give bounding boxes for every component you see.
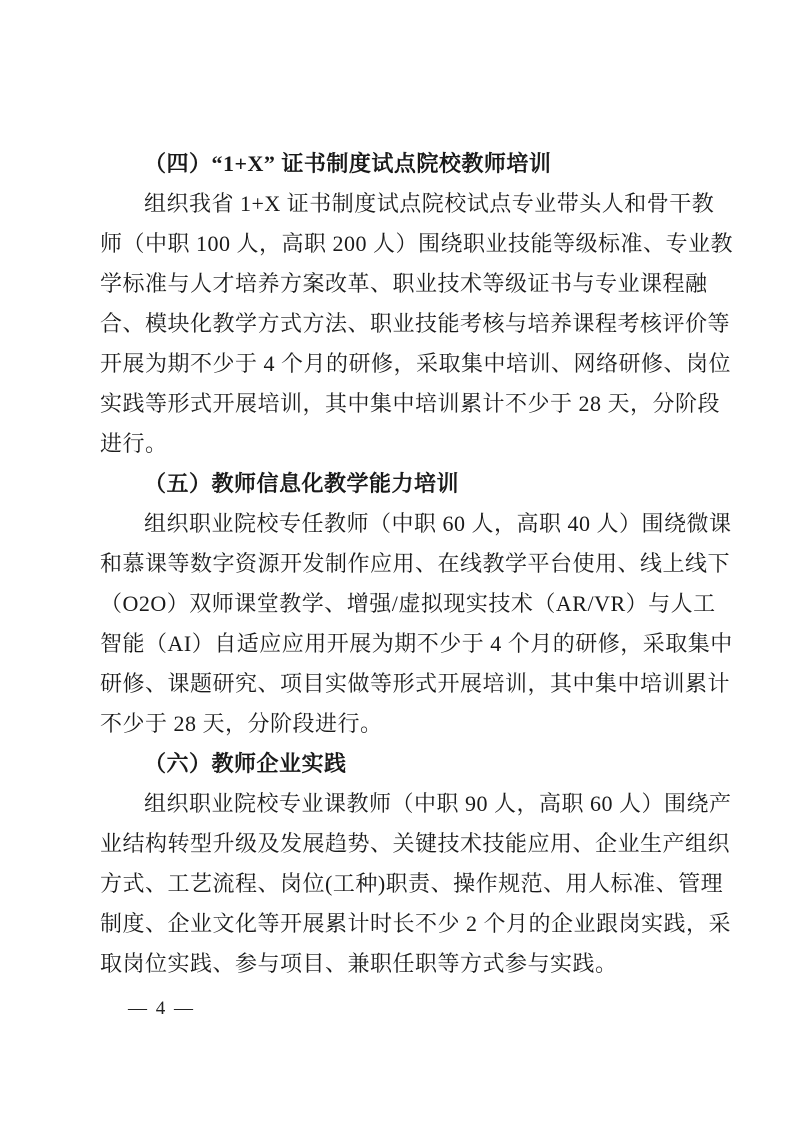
body-line: 合、模块化教学方式方法、职业技能考核与培养课程考核评价等 — [100, 304, 690, 344]
section-heading: （六）教师企业实践 — [100, 744, 690, 784]
body-line: 不少于 28 天，分阶段进行。 — [100, 704, 690, 744]
page-number: — 4 — — [128, 995, 195, 1023]
body-line: 组织职业院校专任教师（中职 60 人，高职 40 人）围绕微课 — [100, 504, 690, 544]
section-heading: （四）“1+X” 证书制度试点院校教师培训 — [100, 144, 690, 184]
body-line: 开展为期不少于 4 个月的研修，采取集中培训、网络研修、岗位 — [100, 344, 690, 384]
section-5-training: （五）教师信息化教学能力培训 组织职业院校专任教师（中职 60 人，高职 40 … — [100, 464, 690, 744]
body-line: 方式、工艺流程、岗位(工种)职责、操作规范、用人标准、管理 — [100, 864, 690, 904]
body-line: 智能（AI）自适应应用开展为期不少于 4 个月的研修，采取集中 — [100, 624, 690, 664]
section-6-practice: （六）教师企业实践 组织职业院校专业课教师（中职 90 人，高职 60 人）围绕… — [100, 744, 690, 984]
body-line: 组织我省 1+X 证书制度试点院校试点专业带头人和骨干教 — [100, 184, 690, 224]
document-body: （四）“1+X” 证书制度试点院校教师培训 组织我省 1+X 证书制度试点院校试… — [100, 144, 690, 984]
body-line: 研修、课题研究、项目实做等形式开展培训，其中集中培训累计 — [100, 664, 690, 704]
document-page: （四）“1+X” 证书制度试点院校教师培训 组织我省 1+X 证书制度试点院校试… — [0, 0, 794, 1123]
section-heading: （五）教师信息化教学能力培训 — [100, 464, 690, 504]
body-line: 制度、企业文化等开展累计时长不少 2 个月的企业跟岗实践，采 — [100, 904, 690, 944]
body-line: 师（中职 100 人，高职 200 人）围绕职业技能等级标准、专业教 — [100, 224, 690, 264]
body-line: 和慕课等数字资源开发制作应用、在线教学平台使用、线上线下 — [100, 544, 690, 584]
body-line: 取岗位实践、参与项目、兼职任职等方式参与实践。 — [100, 944, 690, 984]
body-line: 进行。 — [100, 424, 690, 464]
body-line: 学标准与人才培养方案改革、职业技术等级证书与专业课程融 — [100, 264, 690, 304]
body-line: 业结构转型升级及发展趋势、关键技术技能应用、企业生产组织 — [100, 824, 690, 864]
section-4-training: （四）“1+X” 证书制度试点院校教师培训 组织我省 1+X 证书制度试点院校试… — [100, 144, 690, 464]
body-line: （O2O）双师课堂教学、增强/虚拟现实技术（AR/VR）与人工 — [100, 584, 690, 624]
body-line: 实践等形式开展培训，其中集中培训累计不少于 28 天，分阶段 — [100, 384, 690, 424]
body-line: 组织职业院校专业课教师（中职 90 人，高职 60 人）围绕产 — [100, 784, 690, 824]
